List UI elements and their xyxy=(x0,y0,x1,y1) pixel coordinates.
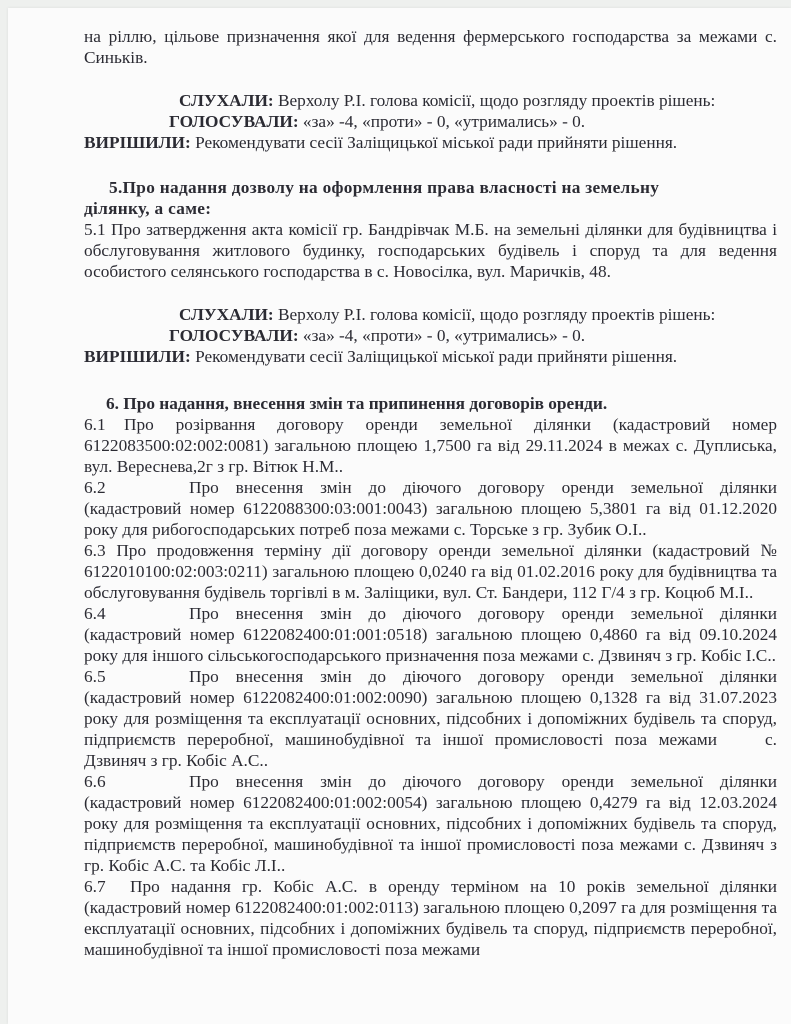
heard-text: Верхолу Р.І. голова комісії, щодо розгля… xyxy=(274,305,716,324)
item-6-4: 6.4Про внесення змін до діючого договору… xyxy=(84,603,777,666)
document-content: на ріллю, цільове призначення якої для в… xyxy=(84,26,777,960)
heard-line: СЛУХАЛИ: Верхолу Р.І. голова комісії, що… xyxy=(84,90,777,111)
item-number: 6.1 xyxy=(84,414,124,435)
item-5-1: 5.1 Про затвердження акта комісії гр. Ба… xyxy=(84,219,777,282)
item-number: 6.4 xyxy=(84,603,189,624)
item-number: 6.5 xyxy=(84,666,189,687)
item-6-5: 6.5Про внесення змін до діючого договору… xyxy=(84,666,777,771)
voted-text: «за» -4, «проти» - 0, «утримались» - 0. xyxy=(299,326,586,345)
item-6-3: 6.3 Про продовження терміну дії договору… xyxy=(84,540,777,603)
document-page: на ріллю, цільове призначення якої для в… xyxy=(8,8,791,1024)
section-5-heading: 5.Про надання дозволу на оформлення прав… xyxy=(84,177,777,219)
voted-line: ГОЛОСУВАЛИ: «за» -4, «проти» - 0, «утрим… xyxy=(84,111,777,132)
decided-label: ВИРІШИЛИ: xyxy=(84,347,191,366)
section-6-items: 6.1Про розірвання договору оренди земель… xyxy=(84,414,777,960)
item-number: 6.3 xyxy=(84,541,106,560)
section-5-heading-line2: ділянку, а саме: xyxy=(84,198,777,219)
voted-label: ГОЛОСУВАЛИ: xyxy=(169,326,299,345)
decided-text: Рекомендувати сесії Заліщицької міської … xyxy=(191,347,677,366)
heard-label: СЛУХАЛИ: xyxy=(179,305,274,324)
heard-line: СЛУХАЛИ: Верхолу Р.І. голова комісії, що… xyxy=(84,304,777,325)
item-text: Про розірвання договору оренди земельної… xyxy=(84,415,777,476)
meeting-block-2: СЛУХАЛИ: Верхолу Р.І. голова комісії, що… xyxy=(84,304,777,367)
meeting-block-1: СЛУХАЛИ: Верхолу Р.І. голова комісії, що… xyxy=(84,90,777,153)
item-6-6: 6.6Про внесення змін до діючого договору… xyxy=(84,771,777,876)
voted-label: ГОЛОСУВАЛИ: xyxy=(169,112,299,131)
item-text: Про надання гр. Кобіс А.С. в оренду терм… xyxy=(84,877,777,959)
item-6-1: 6.1Про розірвання договору оренди земель… xyxy=(84,414,777,477)
decided-text: Рекомендувати сесії Заліщицької міської … xyxy=(191,133,677,152)
item-6-2: 6.2Про внесення змін до діючого договору… xyxy=(84,477,777,540)
heard-label: СЛУХАЛИ: xyxy=(179,91,274,110)
intro-paragraph: на ріллю, цільове призначення якої для в… xyxy=(84,26,777,68)
decided-label: ВИРІШИЛИ: xyxy=(84,133,191,152)
section-6-heading: 6. Про надання, внесення змін та припине… xyxy=(84,393,777,414)
voted-text: «за» -4, «проти» - 0, «утримались» - 0. xyxy=(299,112,586,131)
item-number: 6.2 xyxy=(84,477,189,498)
item-number: 6.6 xyxy=(84,771,189,792)
voted-line: ГОЛОСУВАЛИ: «за» -4, «проти» - 0, «утрим… xyxy=(84,325,777,346)
decided-line: ВИРІШИЛИ: Рекомендувати сесії Заліщицько… xyxy=(84,132,777,153)
item-text: Про продовження терміну дії договору оре… xyxy=(84,541,777,602)
heard-text: Верхолу Р.І. голова комісії, щодо розгля… xyxy=(274,91,716,110)
item-number: 6.7 xyxy=(84,876,130,897)
section-5-heading-line1: 5.Про надання дозволу на оформлення прав… xyxy=(84,177,777,198)
decided-line: ВИРІШИЛИ: Рекомендувати сесії Заліщицько… xyxy=(84,346,777,367)
item-6-7: 6.7Про надання гр. Кобіс А.С. в оренду т… xyxy=(84,876,777,960)
